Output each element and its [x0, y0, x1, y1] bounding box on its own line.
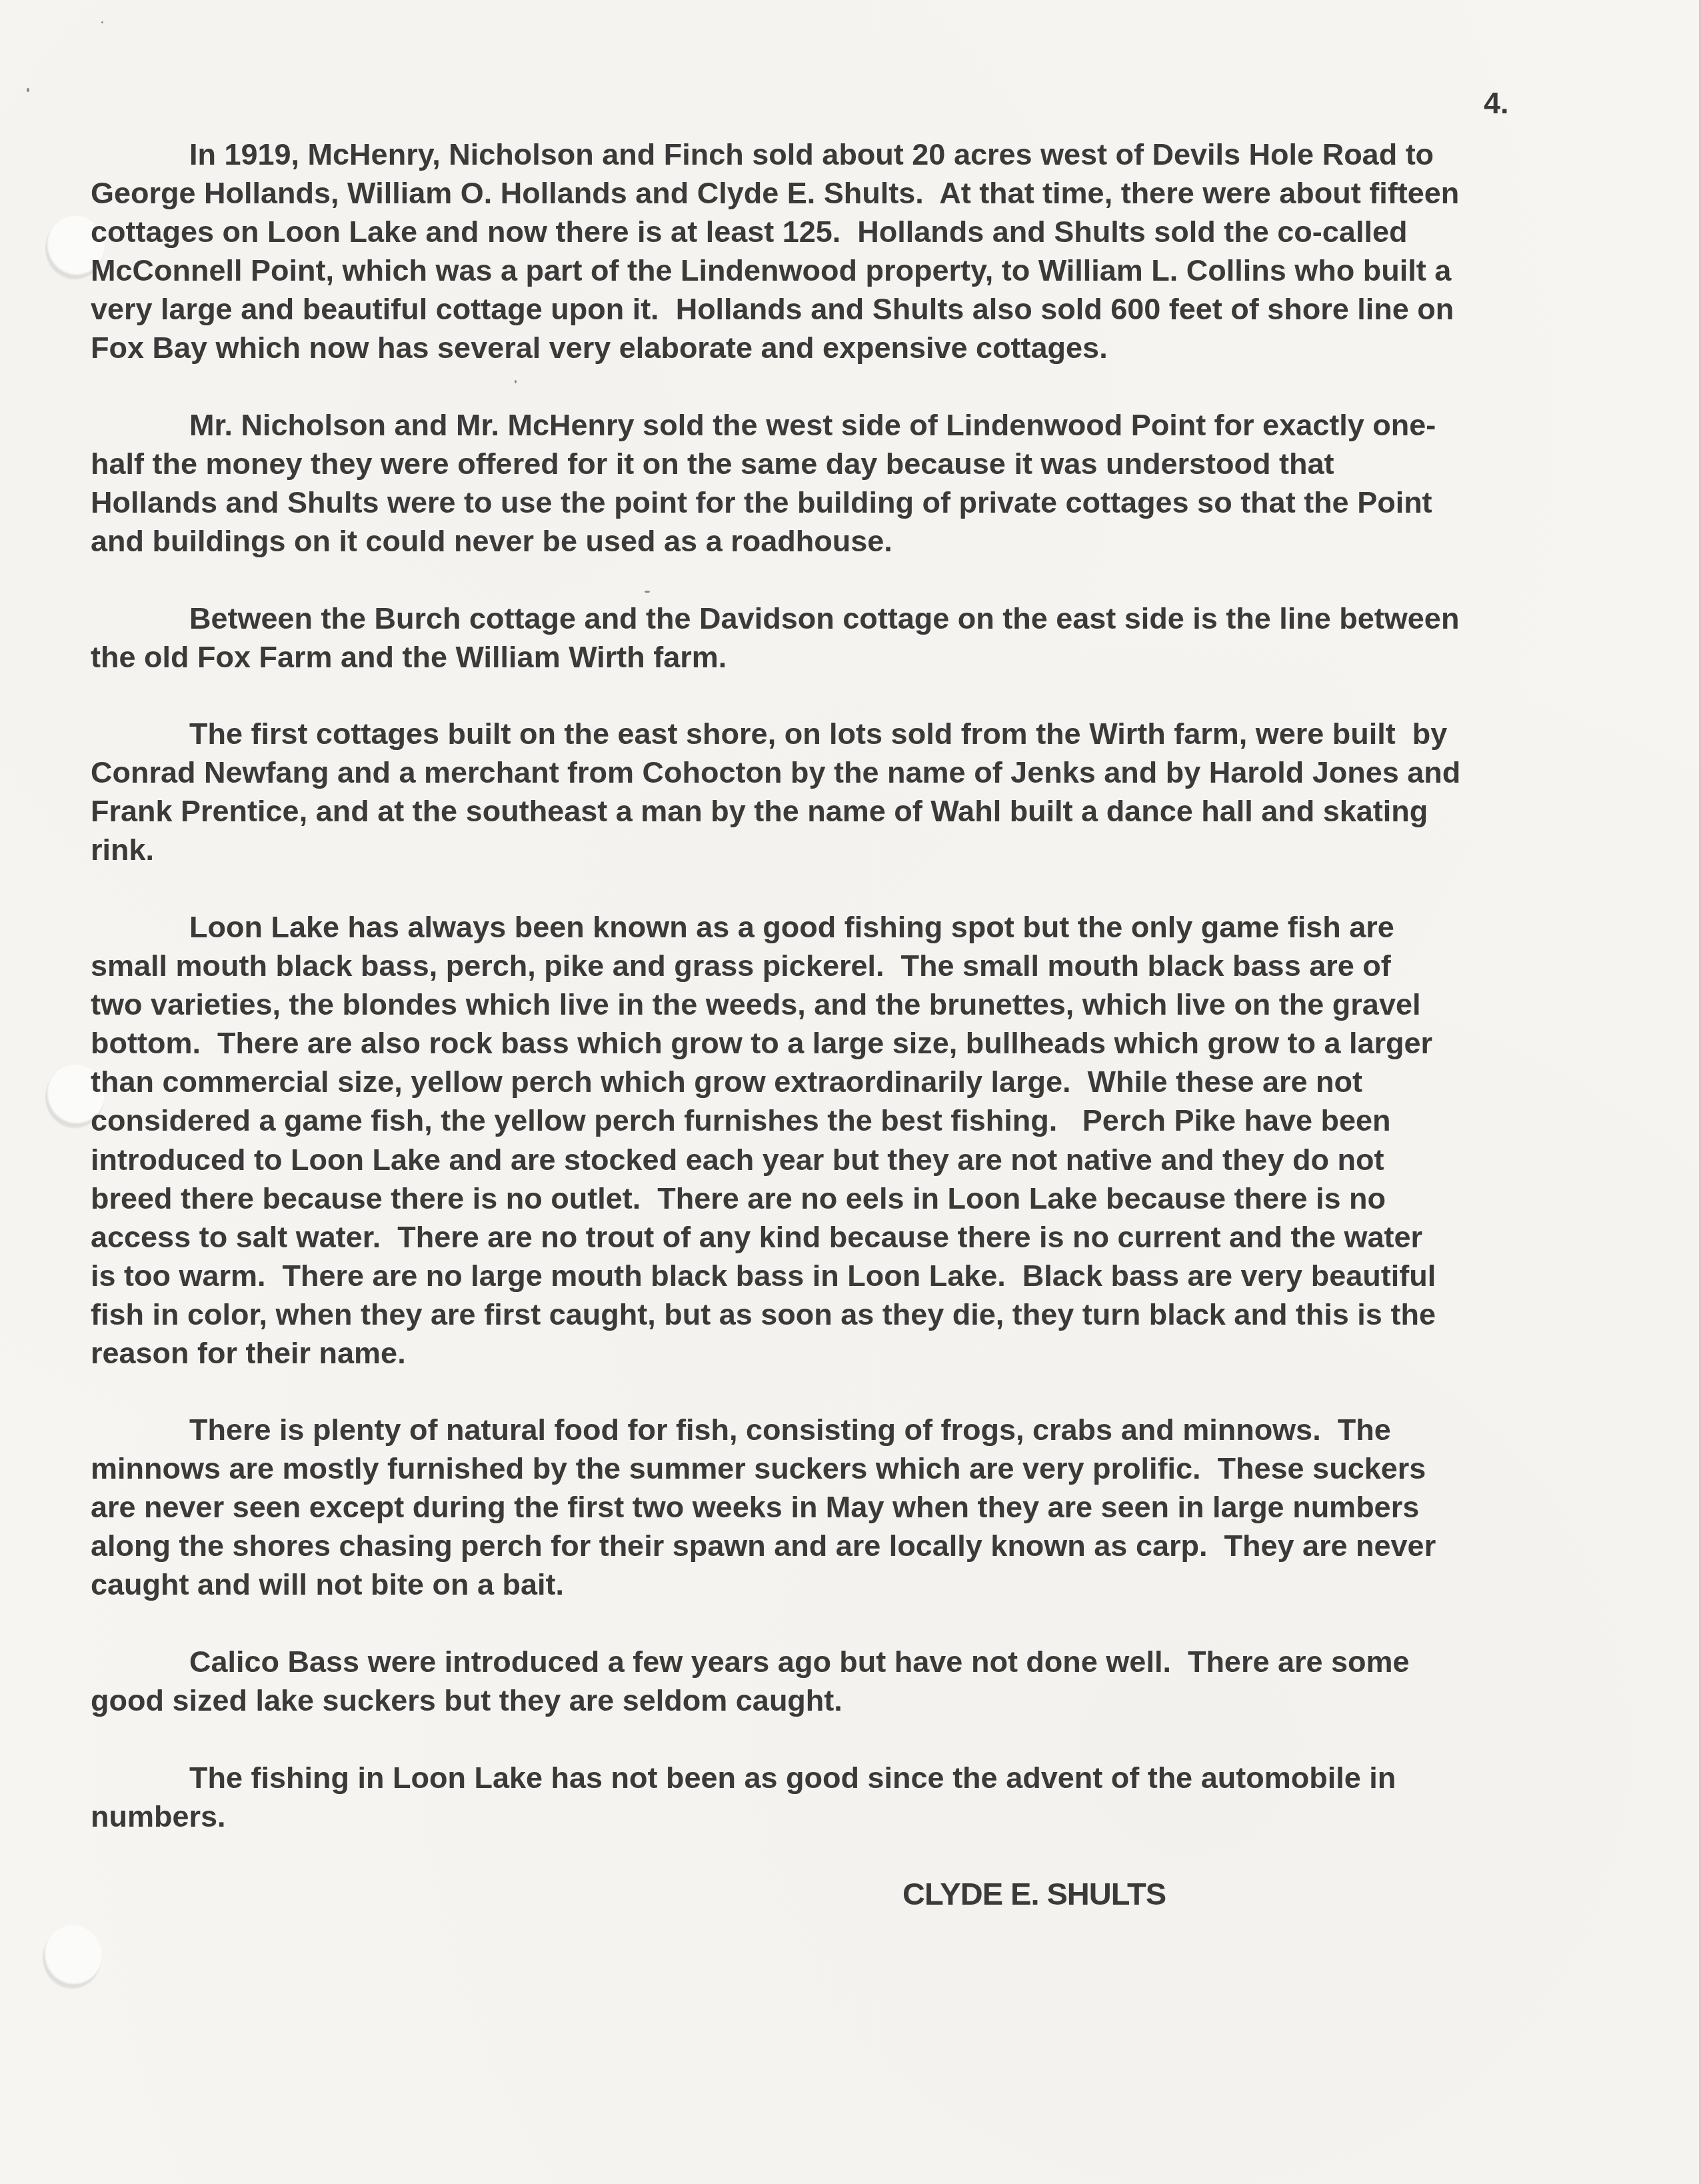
text-line: In 1919, McHenry, Nicholson and Finch so…	[91, 135, 1459, 174]
paragraph-lindenwood-point: Mr. Nicholson and Mr. McHenry sold the w…	[91, 406, 1436, 561]
text-line: small mouth black bass, perch, pike and …	[91, 947, 1436, 985]
text-line: introduced to Loon Lake and are stocked …	[91, 1141, 1436, 1179]
text-line: Between the Burch cottage and the Davids…	[91, 599, 1459, 638]
punch-hole-bottom	[43, 1925, 102, 1987]
text-line: Conrad Newfang and a merchant from Cohoc…	[91, 753, 1460, 792]
text-line: caught and will not bite on a bait.	[91, 1565, 1436, 1604]
paper-speck	[27, 88, 29, 92]
text-line: Fox Bay which now has several very elabo…	[91, 329, 1459, 367]
text-line: numbers.	[91, 1797, 1396, 1836]
page-number: 4.	[1484, 84, 1509, 123]
text-line: minnows are mostly furnished by the summ…	[91, 1449, 1436, 1488]
paragraph-calico-bass: Calico Bass were introduced a few years …	[91, 1643, 1410, 1720]
text-line: fish in color, when they are first caugh…	[91, 1295, 1436, 1334]
paragraph-farm-boundary: Between the Burch cottage and the Davids…	[91, 599, 1459, 677]
text-line: Calico Bass were introduced a few years …	[91, 1643, 1410, 1681]
text-line: The first cottages built on the east sho…	[91, 715, 1460, 753]
paragraph-land-sale-1919: In 1919, McHenry, Nicholson and Finch so…	[91, 135, 1459, 368]
text-line: There is plenty of natural food for fish…	[91, 1411, 1436, 1449]
paragraph-first-cottages: The first cottages built on the east sho…	[91, 715, 1460, 869]
text-line: reason for their name.	[91, 1334, 1436, 1373]
text-line: Mr. Nicholson and Mr. McHenry sold the w…	[91, 406, 1436, 445]
text-line: McConnell Point, which was a part of the…	[91, 251, 1459, 290]
paragraph-automobile: The fishing in Loon Lake has not been as…	[91, 1759, 1396, 1836]
text-line: and buildings on it could never be used …	[91, 522, 1436, 561]
paper-speck	[101, 21, 103, 23]
scanned-page: 4. In 1919, McHenry, Nicholson and Finch…	[0, 0, 1701, 2184]
paper-speck	[515, 380, 517, 383]
text-line: is too warm. There are no large mouth bl…	[91, 1257, 1436, 1295]
text-line: are never seen except during the first t…	[91, 1488, 1436, 1527]
text-line: Loon Lake has always been known as a goo…	[91, 908, 1436, 947]
paper-speck	[645, 591, 650, 593]
text-line: breed there because there is no outlet. …	[91, 1179, 1436, 1218]
author-signature: CLYDE E. SHULTS	[902, 1875, 1166, 1913]
text-line: than commercial size, yellow perch which…	[91, 1063, 1436, 1101]
text-line: The fishing in Loon Lake has not been as…	[91, 1759, 1396, 1797]
text-line: two varieties, the blondes which live in…	[91, 985, 1436, 1024]
text-line: rink.	[91, 831, 1460, 869]
text-line: half the money they were offered for it …	[91, 445, 1436, 483]
text-line: Hollands and Shults were to use the poin…	[91, 483, 1436, 522]
paragraph-fishing: Loon Lake has always been known as a goo…	[91, 908, 1436, 1373]
paragraph-natural-food: There is plenty of natural food for fish…	[91, 1411, 1436, 1604]
text-line: cottages on Loon Lake and now there is a…	[91, 213, 1459, 251]
text-line: along the shores chasing perch for their…	[91, 1527, 1436, 1565]
text-line: access to salt water. There are no trout…	[91, 1218, 1436, 1257]
text-line: Frank Prentice, and at the southeast a m…	[91, 792, 1460, 831]
text-line: the old Fox Farm and the William Wirth f…	[91, 638, 1459, 677]
text-line: very large and beautiful cottage upon it…	[91, 290, 1459, 329]
text-line: George Hollands, William O. Hollands and…	[91, 174, 1459, 213]
text-line: good sized lake suckers but they are sel…	[91, 1681, 1410, 1720]
text-line: bottom. There are also rock bass which g…	[91, 1024, 1436, 1063]
text-line: considered a game fish, the yellow perch…	[91, 1101, 1436, 1140]
